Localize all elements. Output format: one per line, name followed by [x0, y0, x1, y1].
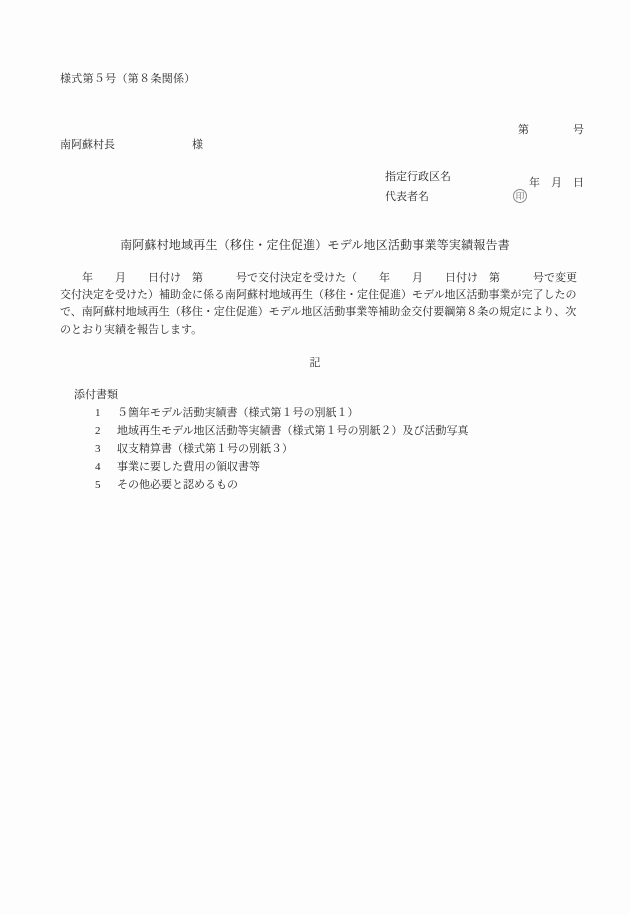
body-line: のとおり実績を報告します。 — [60, 322, 577, 339]
attachment-number: 4 — [95, 458, 106, 476]
document-date-line: 年 月 日 — [518, 175, 584, 193]
attachment-text: ５箇年モデル活動実績書（様式第１号の別紙１） — [117, 404, 358, 422]
attachment-item: 1 ５箇年モデル活動実績書（様式第１号の別紙１） — [60, 404, 468, 422]
attachment-text: 事業に要した費用の領収書等 — [117, 458, 260, 476]
district-name-label: 指定行政区名 — [385, 168, 451, 184]
sender-block: 指定行政区名 代表者名 印 — [385, 166, 527, 206]
body-line: で、南阿蘇村地域再生（移住・定住促進）モデル地区活動事業等補助金交付要綱第８条の… — [60, 304, 577, 321]
attachment-number: 1 — [95, 404, 106, 422]
attachment-text: 収支精算書（様式第１号の別紙３） — [117, 440, 293, 458]
form-number: 様式第５号（第８条関係） — [60, 70, 196, 86]
attachments-heading: 添付書類 — [74, 386, 468, 404]
representative-name-label: 代表者名 — [385, 188, 429, 204]
attachment-item: 4 事業に要した費用の領収書等 — [60, 458, 468, 476]
document-meta: 第 号 年 月 日 — [518, 87, 584, 227]
body-paragraph: 年 月 日付け 第 号で交付決定を受けた（ 年 月 日付け 第 号で変更 交付決… — [60, 270, 577, 339]
body-line: 交付決定を受けた）補助金に係る南阿蘇村地域再生（移住・定住促進）モデル地区活動事… — [60, 287, 577, 304]
attachment-item: 3 収支精算書（様式第１号の別紙３） — [60, 440, 468, 458]
attachment-text: その他必要と認めるもの — [117, 476, 238, 494]
document-number-line: 第 号 — [518, 122, 584, 140]
attachment-item: 5 その他必要と認めるもの — [60, 476, 468, 494]
record-heading: 記 — [0, 354, 630, 370]
attachments-section: 添付書類 1 ５箇年モデル活動実績書（様式第１号の別紙１） 2 地域再生モデル地… — [60, 386, 468, 494]
seal-mark: 印 — [513, 189, 527, 203]
attachment-text: 地域再生モデル地区活動等実績書（様式第１号の別紙２）及び活動写真 — [117, 422, 468, 440]
attachment-number: 3 — [95, 440, 106, 458]
attachment-number: 5 — [95, 476, 106, 494]
attachment-item: 2 地域再生モデル地区活動等実績書（様式第１号の別紙２）及び活動写真 — [60, 422, 468, 440]
attachment-number: 2 — [95, 422, 106, 440]
addressee-line: 南阿蘇村長 様 — [60, 136, 203, 152]
document-title: 南阿蘇村地域再生（移住・定住促進）モデル地区活動事業等実績報告書 — [0, 236, 630, 253]
document-page: 様式第５号（第８条関係） 第 号 年 月 日 南阿蘇村長 様 指定行政区名 代表… — [0, 0, 630, 915]
body-line: 年 月 日付け 第 号で交付決定を受けた（ 年 月 日付け 第 号で変更 — [60, 270, 577, 287]
